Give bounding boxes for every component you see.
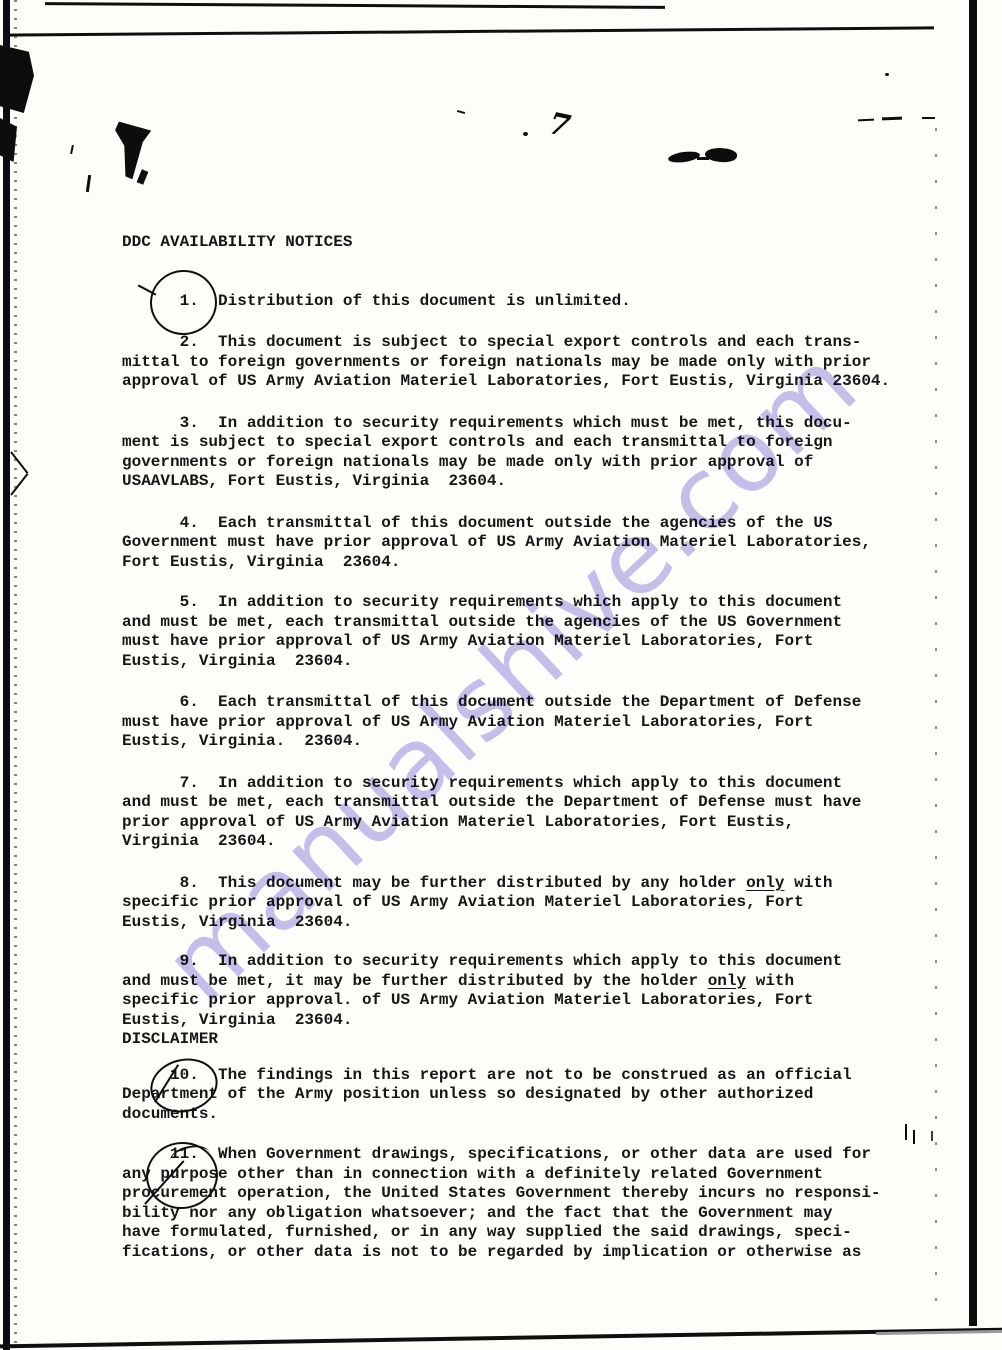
small-dash-4: [922, 117, 935, 119]
notice-paragraph-3: 3. In addition to security requirements …: [122, 414, 932, 492]
smudge-left-lobe: [667, 150, 700, 164]
document-title: DDC AVAILABILITY NOTICES: [122, 233, 932, 253]
small-dash-1: [457, 110, 465, 114]
right-margin-tick-3: [931, 1131, 933, 1141]
top-left-ink-blob: [0, 45, 34, 113]
stray-tick-2: [86, 175, 91, 192]
left-border-chevron-top: [10, 451, 28, 474]
notice-paragraph-2: 2. This document is subject to special e…: [122, 333, 932, 392]
notice-paragraph-5: 5. In addition to security requirements …: [122, 593, 932, 671]
small-dash-2: [858, 119, 874, 122]
smudge-right-lobe: [704, 146, 737, 164]
stray-tick-1: [70, 145, 74, 154]
top-rule-1: [45, 2, 665, 9]
notice-paragraph-6: 6. Each transmittal of this document out…: [122, 693, 932, 752]
right-margin-tick-1: [905, 1124, 907, 1140]
small-dash-3: [882, 117, 902, 120]
left-border-speckle: [14, 0, 17, 1350]
small-dot-top-right: [885, 73, 889, 76]
notice-paragraph-7: 7. In addition to security requirements …: [122, 774, 932, 852]
handwritten-seven-mark: 7: [546, 106, 574, 145]
notice-paragraph-11: 11. When Government drawings, specificat…: [122, 1145, 932, 1262]
left-border-chevron-bottom: [10, 473, 28, 496]
notice-paragraph-10: 10. The findings in this report are not …: [122, 1066, 932, 1125]
disclaimer-heading: DISCLAIMER: [122, 1030, 932, 1050]
smudge-connector: [697, 157, 709, 160]
ink-blot-tail: [137, 169, 149, 185]
right-border-line: [969, 0, 977, 1326]
notice-paragraph-1: 1. Distribution of this document is unli…: [122, 292, 932, 312]
notice-paragraph-8: 8. This document may be further distribu…: [122, 874, 932, 933]
scanned-document-page: manualshive.com DDC AVAILABILITY NOTICES…: [0, 0, 1002, 1350]
notice-paragraph-4: 4. Each transmittal of this document out…: [122, 514, 932, 573]
ink-dot-near-seven: [523, 132, 528, 136]
right-margin-tick-2: [913, 1130, 915, 1144]
top-rule-2: [4, 26, 934, 36]
left-border-line: [3, 0, 10, 1350]
document-body: DDC AVAILABILITY NOTICES 1. Distribution…: [122, 233, 932, 1262]
bottom-rule: [0, 1328, 1002, 1349]
notice-paragraph-9: 9. In addition to security requirements …: [122, 952, 932, 1030]
right-dotted-column: [935, 128, 937, 1313]
